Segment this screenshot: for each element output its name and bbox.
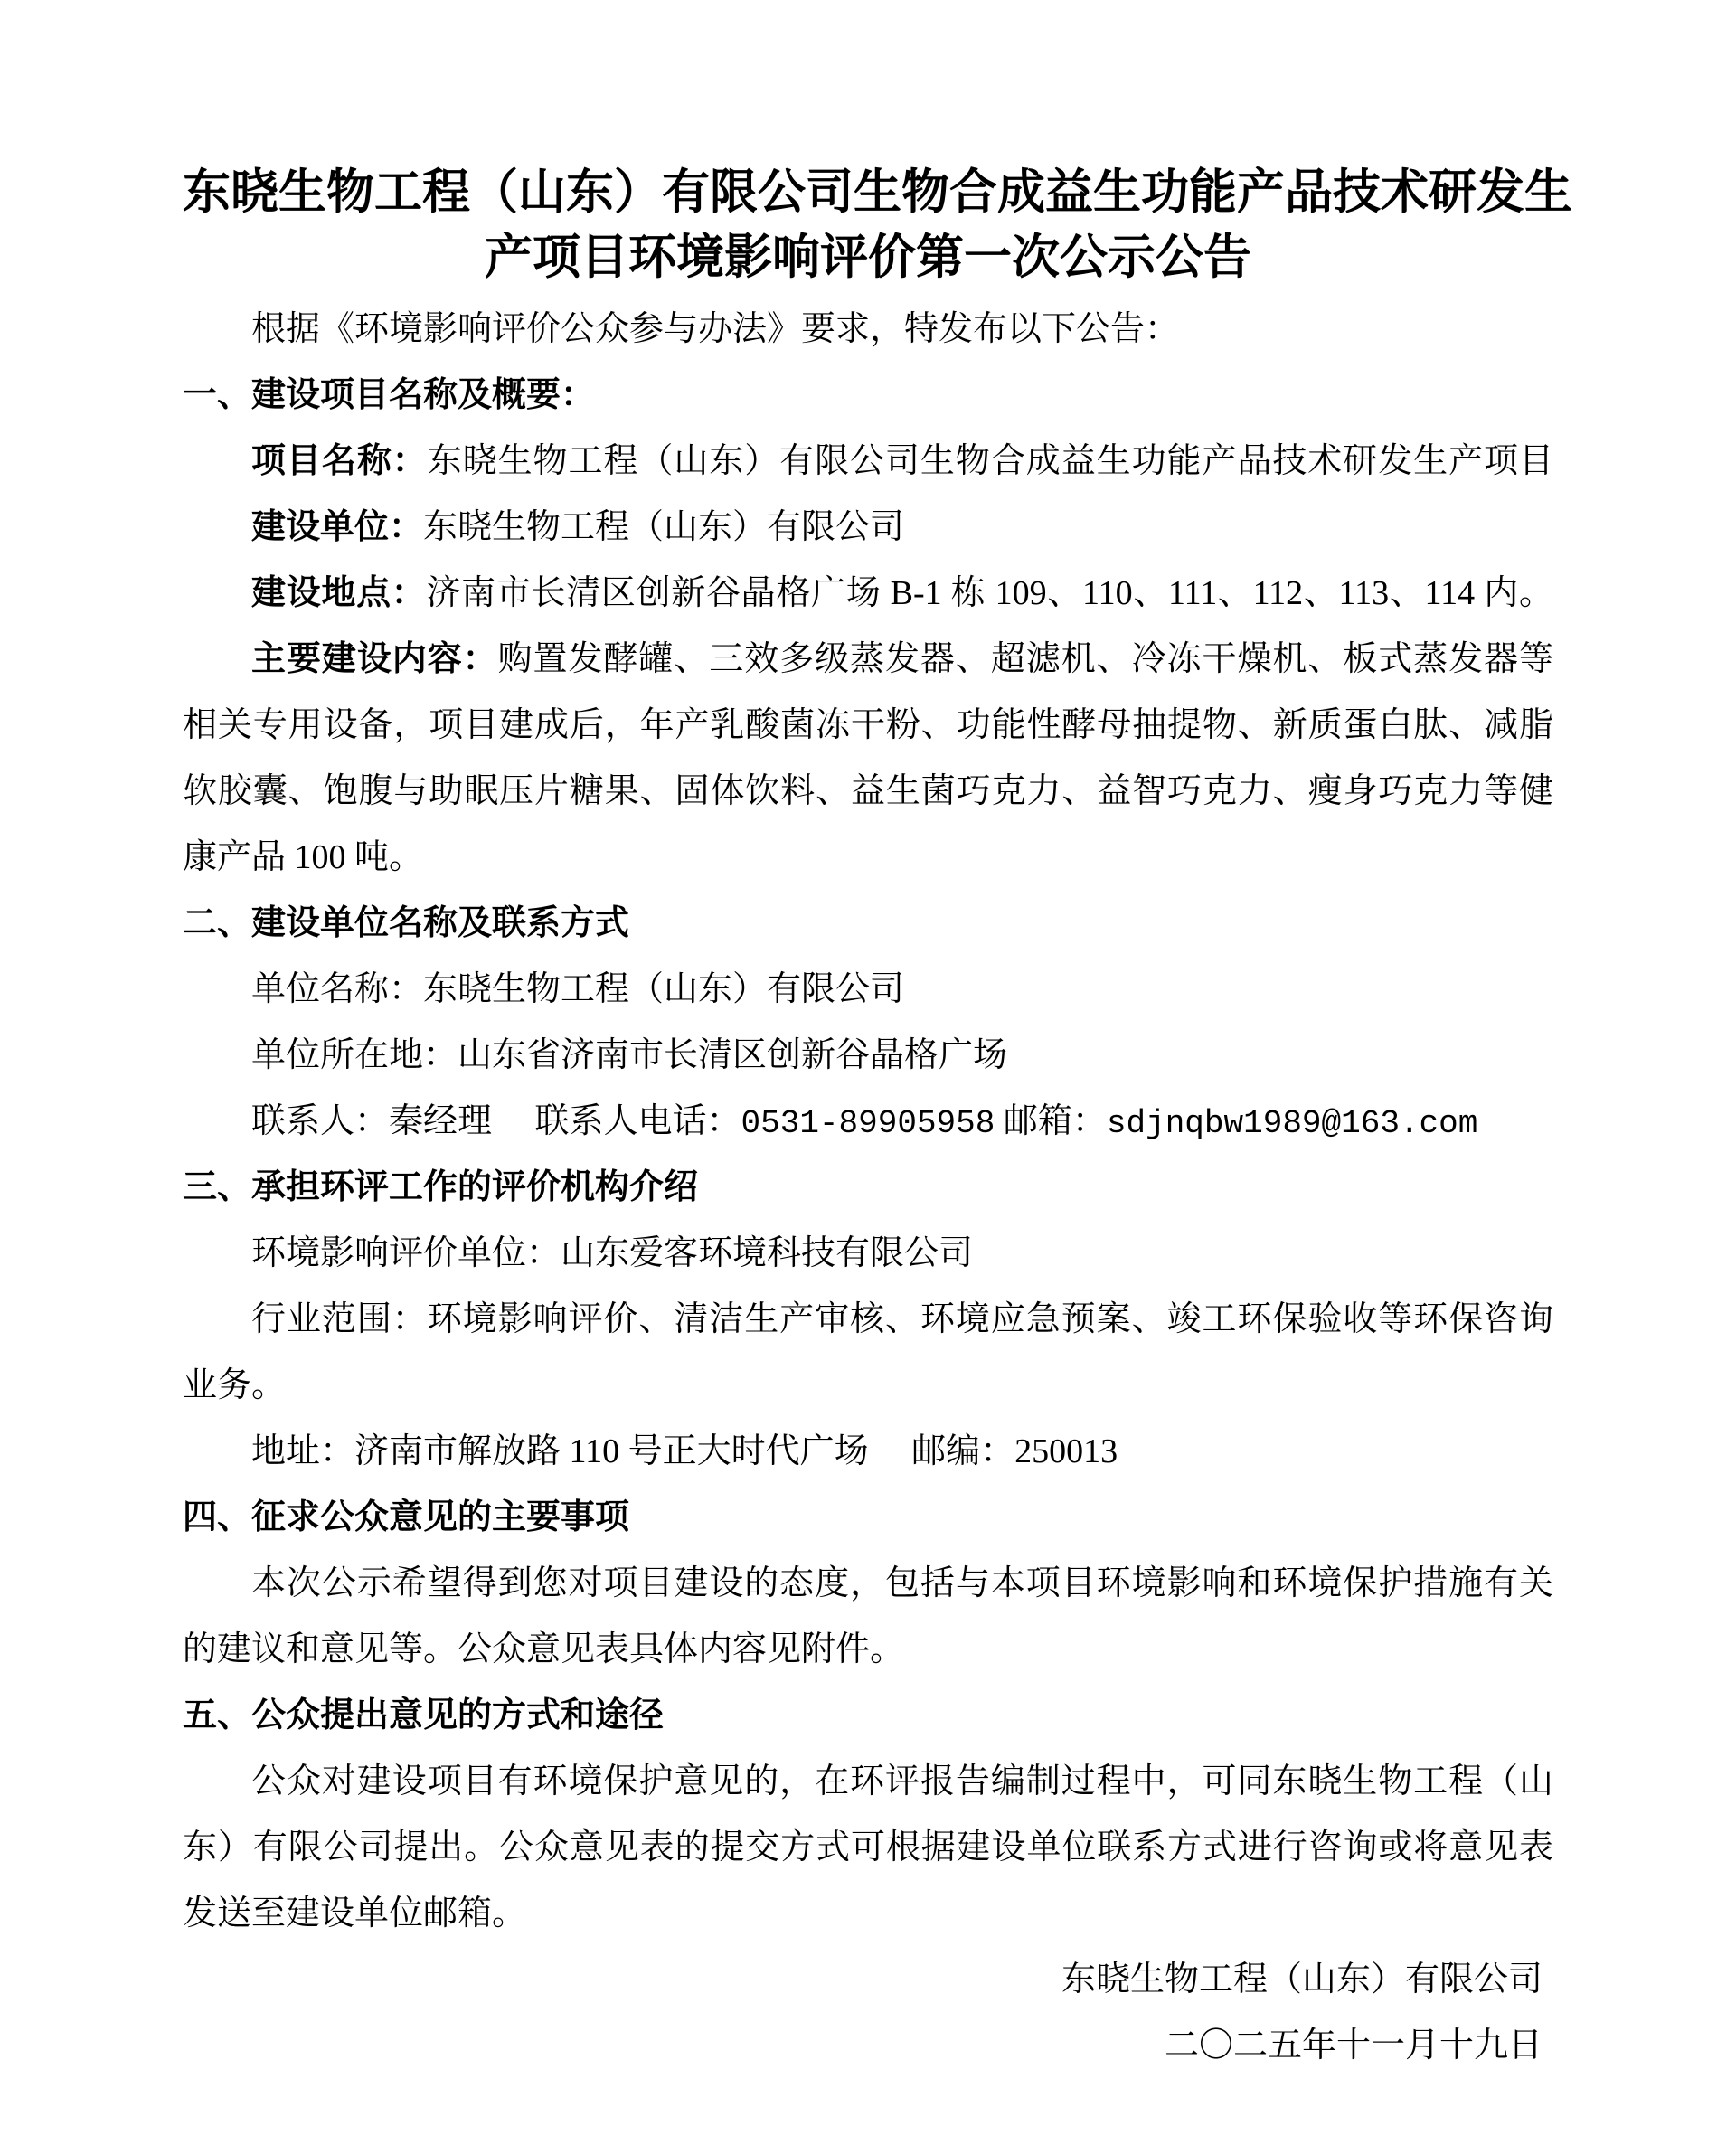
- unit-address-line: 单位所在地：山东省济南市长清区创新谷晶格广场: [183, 1023, 1553, 1089]
- signature-company-line: 东晓生物工程（山东）有限公司: [183, 1947, 1553, 2013]
- contact-line: 联系人：秦经理 联系人电话：0531-89905958 邮箱：sdjnqbw19…: [183, 1089, 1553, 1155]
- main-content-value-1: 购置发酵罐、三效多级蒸发器、超滤机、冷冻干燥机、板式蒸发器等: [498, 640, 1553, 678]
- main-content-line-2: 相关专用设备，项目建成后，年产乳酸菌冻干粉、功能性酵母抽提物、新质蛋白肽、减脂: [183, 693, 1553, 759]
- document-body: 根据《环境影响评价公众参与办法》要求，特发布以下公告： 一、建设项目名称及概要：…: [183, 297, 1553, 2079]
- submit-method-line-1: 公众对建设项目有环境保护意见的，在环评报告编制过程中，可同东晓生物工程（山: [183, 1749, 1553, 1815]
- contact-prefix: 联系人：秦经理 联系人电话：: [251, 1102, 741, 1140]
- document-title-line-1: 东晓生物工程（山东）有限公司生物合成益生功能产品技术研发生: [183, 160, 1553, 225]
- document-page: 东晓生物工程（山东）有限公司生物合成益生功能产品技术研发生 产项目环境影响评价第…: [0, 0, 1736, 2145]
- unit-name-line: 单位名称：东晓生物工程（山东）有限公司: [183, 957, 1553, 1023]
- main-content-line-1: 主要建设内容：购置发酵罐、三效多级蒸发器、超滤机、冷冻干燥机、板式蒸发器等: [183, 627, 1553, 693]
- contact-email: sdjnqbw1989@163.com: [1107, 1105, 1477, 1142]
- contact-phone: 0531-89905958: [741, 1105, 995, 1142]
- construction-unit-line: 建设单位：东晓生物工程（山东）有限公司: [183, 495, 1553, 561]
- main-content-line-3: 软胶囊、饱腹与助眠压片糖果、固体饮料、益生菌巧克力、益智巧克力、瘦身巧克力等健: [183, 759, 1553, 825]
- construction-site-label: 建设地点：: [251, 574, 426, 612]
- project-name-value: 东晓生物工程（山东）有限公司生物合成益生功能产品技术研发生产项目: [428, 442, 1553, 480]
- submit-method-line-3: 发送至建设单位邮箱。: [183, 1881, 1553, 1947]
- opinion-note-line-1: 本次公示希望得到您对项目建设的态度，包括与本项目环境影响和环境保护措施有关: [183, 1551, 1553, 1617]
- section-2-heading: 二、建设单位名称及联系方式: [183, 891, 1553, 957]
- construction-site-line: 建设地点：济南市长清区创新谷晶格广场 B-1 栋 109、110、111、112…: [183, 561, 1553, 627]
- business-scope-line-2: 业务。: [183, 1353, 1553, 1419]
- main-content-line-4: 康产品 100 吨。: [183, 825, 1553, 891]
- section-5-heading: 五、公众提出意见的方式和途径: [183, 1683, 1553, 1749]
- project-name-label: 项目名称：: [251, 442, 428, 480]
- document-title: 东晓生物工程（山东）有限公司生物合成益生功能产品技术研发生 产项目环境影响评价第…: [183, 160, 1553, 290]
- eia-unit-line: 环境影响评价单位：山东爱客环境科技有限公司: [183, 1221, 1553, 1287]
- signature-date-line: 二〇二五年十一月十九日: [183, 2013, 1553, 2079]
- main-content-label: 主要建设内容：: [251, 640, 498, 678]
- contact-mid: 邮箱：: [995, 1102, 1107, 1140]
- submit-method-line-2: 东）有限公司提出。公众意见表的提交方式可根据建设单位联系方式进行咨询或将意见表: [183, 1815, 1553, 1881]
- section-1-heading: 一、建设项目名称及概要：: [183, 363, 1553, 429]
- project-name-line: 项目名称：东晓生物工程（山东）有限公司生物合成益生功能产品技术研发生产项目: [183, 429, 1553, 495]
- document-title-line-2: 产项目环境影响评价第一次公示公告: [183, 225, 1553, 290]
- section-3-heading: 三、承担环评工作的评价机构介绍: [183, 1155, 1553, 1221]
- construction-unit-value: 东晓生物工程（山东）有限公司: [423, 508, 904, 546]
- section-4-heading: 四、征求公众意见的主要事项: [183, 1485, 1553, 1551]
- agency-address-line: 地址：济南市解放路 110 号正大时代广场 邮编：250013: [183, 1419, 1553, 1485]
- business-scope-line-1: 行业范围：环境影响评价、清洁生产审核、环境应急预案、竣工环保验收等环保咨询: [183, 1287, 1553, 1353]
- opinion-note-line-2: 的建议和意见等。公众意见表具体内容见附件。: [183, 1617, 1553, 1683]
- construction-unit-label: 建设单位：: [251, 508, 423, 546]
- construction-site-value: 济南市长清区创新谷晶格广场 B-1 栋 109、110、111、112、113、…: [426, 574, 1553, 612]
- intro-line: 根据《环境影响评价公众参与办法》要求，特发布以下公告：: [183, 297, 1553, 363]
